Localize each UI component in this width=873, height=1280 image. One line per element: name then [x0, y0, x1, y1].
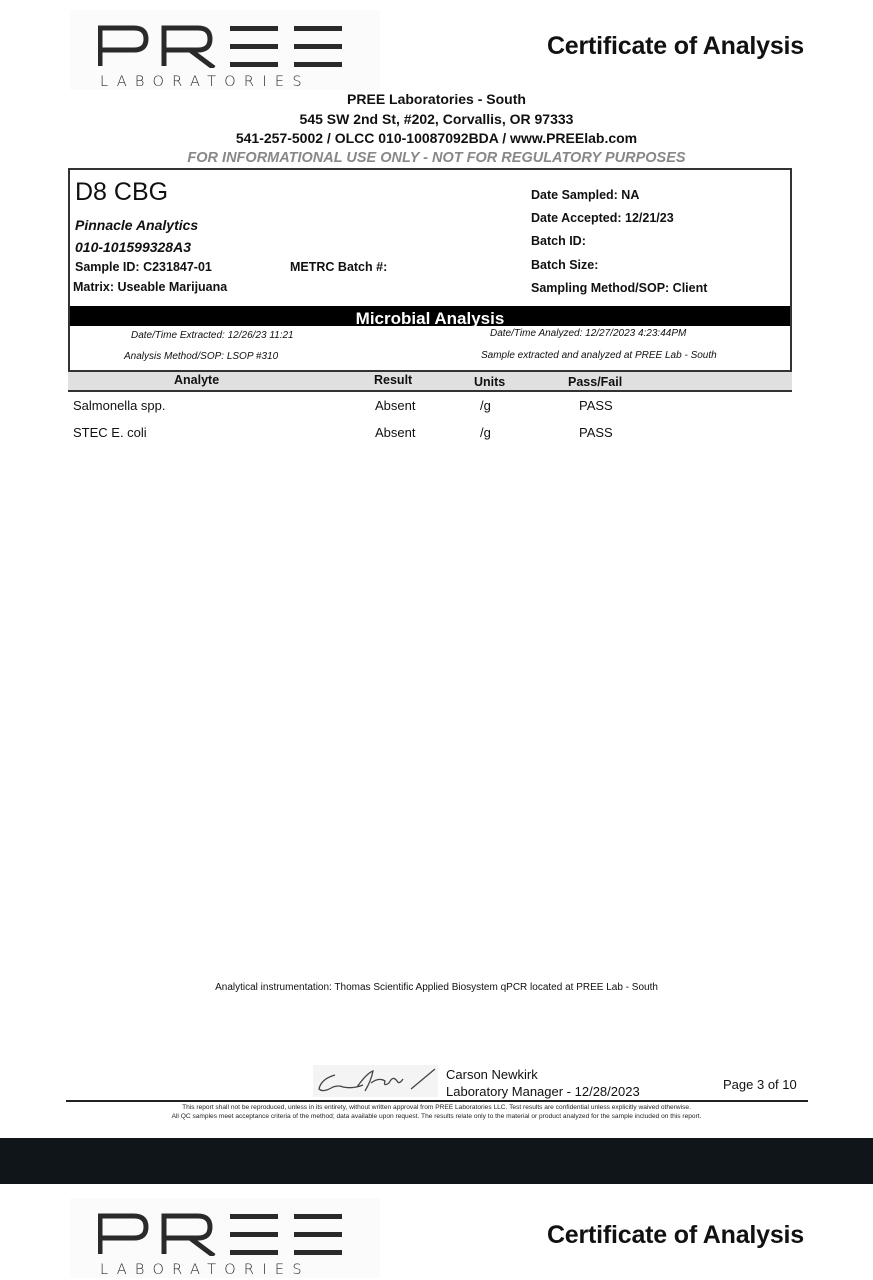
- pree-logo: LABORATORIES: [70, 10, 380, 90]
- column-header-pass-fail: Pass/Fail: [568, 375, 622, 389]
- lab-name: PREE Laboratories - South: [0, 90, 873, 110]
- signature-image: [313, 1065, 438, 1097]
- column-header-result: Result: [374, 373, 412, 387]
- document-title: Certificate of Analysis: [547, 32, 804, 61]
- client-name: Pinnacle Analytics: [75, 217, 198, 233]
- date-analyzed: Date/Time Analyzed: 12/27/2023 4:23:44PM: [490, 328, 686, 339]
- logo-wordmark: LABORATORIES: [100, 74, 310, 90]
- logo-wordmark: LABORATORIES: [100, 1262, 310, 1278]
- instrumentation-note: Analytical instrumentation: Thomas Scien…: [0, 982, 873, 993]
- analysis-method: Analysis Method/SOP: LSOP #310: [124, 351, 278, 362]
- analysis-location: Sample extracted and analyzed at PREE La…: [481, 350, 717, 361]
- signer-title: Laboratory Manager - 12/28/2023: [446, 1083, 640, 1100]
- matrix: Matrix: Useable Marijuana: [73, 280, 227, 294]
- batch-size: Batch Size:: [531, 258, 598, 272]
- units-cell: /g: [480, 425, 491, 440]
- column-header-units: Units: [474, 375, 505, 389]
- date-sampled: Date Sampled: NA: [531, 188, 639, 202]
- sampling-method: Sampling Method/SOP: Client: [531, 281, 707, 295]
- lab-info: PREE Laboratories - South 545 SW 2nd St,…: [0, 90, 873, 168]
- signer-name: Carson Newkirk: [446, 1066, 640, 1083]
- fine-print: This report shall not be reproduced, unl…: [0, 1103, 873, 1121]
- results-table-header: Analyte Result Units Pass/Fail: [68, 370, 792, 392]
- document-title-next-page: Certificate of Analysis: [547, 1221, 804, 1250]
- section-title-bar: Microbial Analysis: [70, 306, 790, 326]
- fine-print-line-2: All QC samples meet acceptance criteria …: [0, 1112, 873, 1121]
- table-row: Salmonella spp. Absent /g PASS: [0, 398, 873, 424]
- metrc-batch: METRC Batch #:: [290, 260, 387, 274]
- column-header-analyte: Analyte: [174, 373, 219, 387]
- license-number: 010-101599328A3: [75, 239, 191, 255]
- lab-disclaimer: FOR INFORMATIONAL USE ONLY - NOT FOR REG…: [0, 149, 873, 169]
- pree-logo-mark-icon: [98, 1212, 348, 1256]
- lab-contact: 541-257-5002 / OLCC 010-10087092BDA / ww…: [0, 129, 873, 149]
- table-row: STEC E. coli Absent /g PASS: [0, 425, 873, 451]
- result-cell: Absent: [375, 398, 415, 413]
- product-name: D8 CBG: [75, 178, 168, 207]
- fine-print-line-1: This report shall not be reproduced, unl…: [0, 1103, 873, 1112]
- sample-id: Sample ID: C231847-01: [75, 260, 212, 274]
- analyte-cell: Salmonella spp.: [73, 398, 166, 413]
- batch-id: Batch ID:: [531, 234, 586, 248]
- pree-logo-next-page: LABORATORIES: [70, 1198, 380, 1278]
- date-extracted: Date/Time Extracted: 12/26/23 11:21: [131, 330, 294, 341]
- signature-icon: [313, 1065, 438, 1097]
- status-cell: PASS: [579, 425, 613, 440]
- units-cell: /g: [480, 398, 491, 413]
- sample-info-box: D8 CBG Pinnacle Analytics 010-101599328A…: [68, 168, 792, 392]
- page-separator: [0, 1138, 873, 1184]
- footer-divider: [66, 1100, 808, 1102]
- analyte-cell: STEC E. coli: [73, 425, 147, 440]
- date-accepted: Date Accepted: 12/21/23: [531, 211, 674, 225]
- pree-logo-mark-icon: [98, 24, 348, 68]
- signer-block: Carson Newkirk Laboratory Manager - 12/2…: [446, 1066, 640, 1100]
- page-number: Page 3 of 10: [723, 1077, 797, 1092]
- result-cell: Absent: [375, 425, 415, 440]
- status-cell: PASS: [579, 398, 613, 413]
- lab-address: 545 SW 2nd St, #202, Corvallis, OR 97333: [0, 110, 873, 130]
